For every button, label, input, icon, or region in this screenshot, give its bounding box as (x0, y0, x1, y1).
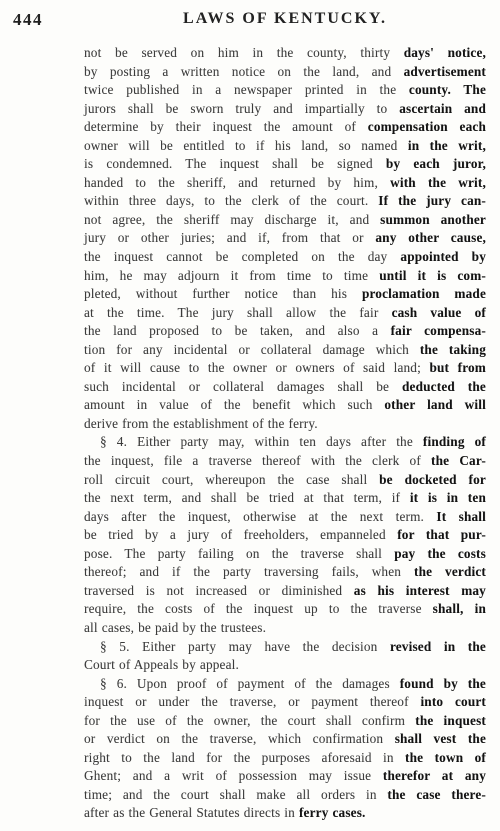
line-text: be tried by a jury of freeholders, empan… (84, 527, 397, 542)
text-line: right to the land for the purposes afore… (84, 749, 486, 768)
line-text: or verdict on the traverse, which confir… (84, 731, 395, 746)
line-text: such incidental or collateral damages sh… (84, 379, 402, 394)
line-text: derive from the establishment of the fer… (84, 416, 318, 431)
text-line: § 4. Either party may, within ten days a… (84, 433, 486, 452)
book-page: 444 LAWS OF KENTUCKY. not be served on h… (0, 0, 500, 831)
text-line: determine by their inquest the amount of… (84, 118, 486, 137)
line-text: § 6. Upon proof of payment of the damage… (100, 676, 400, 691)
text-line: traversed is not increased or diminished… (84, 582, 486, 601)
line-text-bold: as his interest may (354, 583, 486, 598)
line-text: the inquest, file a traverse thereof wit… (84, 453, 431, 468)
line-text-bold: for that pur- (397, 527, 486, 542)
line-text-bold: the case there- (387, 787, 486, 802)
line-text: jurors shall be sworn truly and impartia… (84, 101, 399, 116)
text-line: tion for any incidental or collateral da… (84, 341, 486, 360)
line-text-bold: the town of (405, 750, 486, 765)
line-text-bold: appointed by (400, 249, 486, 264)
line-text: § 4. Either party may, within ten days a… (100, 434, 423, 449)
line-text-bold: ascertain and (399, 101, 486, 116)
line-text: jury or other juries; and if, from that … (84, 230, 375, 245)
text-line: not agree, the sheriff may discharge it,… (84, 211, 486, 230)
line-text: at the time. The jury shall allow the fa… (84, 305, 392, 320)
text-line: not be served on him in the county, thir… (84, 44, 486, 63)
line-text-bold: compensation each (368, 119, 486, 134)
line-text-bold: it is in ten (410, 490, 486, 505)
line-text: Court of Appeals by appeal. (84, 657, 239, 672)
line-text: twice published in a newspaper printed i… (84, 82, 409, 97)
line-text-bold: fair compensa- (391, 323, 486, 338)
text-line: by posting a written notice on the land,… (84, 63, 486, 82)
line-text-bold: advertisement (404, 64, 486, 79)
line-text: tion for any incidental or collateral da… (84, 342, 420, 357)
line-text-bold: other land will (384, 397, 486, 412)
line-text: not agree, the sheriff may discharge it,… (84, 212, 380, 227)
line-text: the land proposed to be taken, and also … (84, 323, 391, 338)
line-text: is condemned. The inquest shall be signe… (84, 156, 386, 171)
text-line: pose. The party failing on the traverse … (84, 545, 486, 564)
line-text: for the use of the owner, the court shal… (84, 713, 415, 728)
line-text: all cases, be paid by the trustees. (84, 620, 266, 635)
line-text: owner will be entitled to if his land, s… (84, 138, 408, 153)
line-text: after as the General Statutes directs in (84, 805, 299, 820)
line-text-bold: county. The (409, 82, 486, 97)
line-text-bold: by each juror, (386, 156, 486, 171)
line-text-bold: deducted the (402, 379, 486, 394)
text-line: owner will be entitled to if his land, s… (84, 137, 486, 156)
line-text-bold: If the jury can- (378, 193, 486, 208)
line-text: amount in value of the benefit which suc… (84, 397, 384, 412)
running-title: LAWS OF KENTUCKY. (84, 10, 486, 28)
line-text-bold: the verdict (414, 564, 486, 579)
text-line: be tried by a jury of freeholders, empan… (84, 526, 486, 545)
line-text-bold: in the writ, (408, 138, 486, 153)
page-number: 444 (13, 10, 43, 30)
text-line: time; and the court shall make all order… (84, 786, 486, 805)
text-line: handed to the sheriff, and returned by h… (84, 174, 486, 193)
text-line: him, he may adjourn it from time to time… (84, 267, 486, 286)
line-text-bold: days' notice, (404, 45, 486, 60)
text-line: is condemned. The inquest shall be signe… (84, 155, 486, 174)
line-text: days after the inquest, otherwise at the… (84, 509, 436, 524)
line-text: determine by their inquest the amount of (84, 119, 368, 134)
text-line: Ghent; and a writ of possession may issu… (84, 767, 486, 786)
text-line: thereof; and if the party traversing fai… (84, 563, 486, 582)
line-text-bold: but from (429, 360, 486, 375)
line-text-bold: the taking (420, 342, 486, 357)
line-text-bold: therefor at any (383, 768, 486, 783)
line-text-bold: proclamation made (362, 286, 486, 301)
text-line: require, the costs of the inquest up to … (84, 600, 486, 619)
line-text-bold: cash value of (392, 305, 486, 320)
line-text: of it will cause to the owner or owners … (84, 360, 429, 375)
text-line: or verdict on the traverse, which confir… (84, 730, 486, 749)
line-text: thereof; and if the party traversing fai… (84, 564, 414, 579)
line-text: require, the costs of the inquest up to … (84, 601, 433, 616)
text-line: the land proposed to be taken, and also … (84, 322, 486, 341)
line-text: time; and the court shall make all order… (84, 787, 387, 802)
text-line: of it will cause to the owner or owners … (84, 359, 486, 378)
text-line: pleted, without further notice than his … (84, 285, 486, 304)
text-line: for the use of the owner, the court shal… (84, 712, 486, 731)
line-text: right to the land for the purposes afore… (84, 750, 405, 765)
line-text: § 5. Either party may have the decision (100, 639, 390, 654)
line-text: traversed is not increased or diminished (84, 583, 354, 598)
text-line: amount in value of the benefit which suc… (84, 396, 486, 415)
line-text-bold: shall vest the (395, 731, 486, 746)
line-text-bold: until it is com- (379, 268, 486, 283)
line-text: inquest or under the traverse, or paymen… (84, 694, 420, 709)
line-text-bold: the Car- (431, 453, 486, 468)
line-text-bold: with the writ, (390, 175, 486, 190)
text-line: Court of Appeals by appeal. (84, 656, 486, 675)
line-text: pose. The party failing on the traverse … (84, 546, 394, 561)
text-line: such incidental or collateral damages sh… (84, 378, 486, 397)
line-text-bold: finding of (423, 434, 486, 449)
line-text: pleted, without further notice than his (84, 286, 362, 301)
line-text: by posting a written notice on the land,… (84, 64, 404, 79)
line-text: Ghent; and a writ of possession may issu… (84, 768, 383, 783)
text-line: roll circuit court, whereupon the case s… (84, 471, 486, 490)
line-text-bold: It shall (436, 509, 486, 524)
line-text-bold: shall, in (433, 601, 486, 616)
text-line: within three days, to the clerk of the c… (84, 192, 486, 211)
line-text: handed to the sheriff, and returned by h… (84, 175, 390, 190)
text-line: all cases, be paid by the trustees. (84, 619, 486, 638)
line-text-bold: ferry cases. (299, 805, 366, 820)
text-line: days after the inquest, otherwise at the… (84, 508, 486, 527)
line-text-bold: the inquest (415, 713, 486, 728)
line-text: the inquest cannot be completed on the d… (84, 249, 400, 264)
line-text-bold: found by the (400, 676, 486, 691)
text-line: after as the General Statutes directs in… (84, 804, 486, 823)
line-text-bold: be docketed for (379, 472, 486, 487)
text-line: jury or other juries; and if, from that … (84, 229, 486, 248)
line-text: the next term, and shall be tried at tha… (84, 490, 410, 505)
text-line: the next term, and shall be tried at tha… (84, 489, 486, 508)
line-text: not be served on him in the county, thir… (84, 45, 404, 60)
text-line: § 6. Upon proof of payment of the damage… (84, 675, 486, 694)
text-line: the inquest cannot be completed on the d… (84, 248, 486, 267)
text-line: at the time. The jury shall allow the fa… (84, 304, 486, 323)
text-line: § 5. Either party may have the decision … (84, 638, 486, 657)
text-column: not be served on him in the county, thir… (84, 44, 486, 823)
text-line: the inquest, file a traverse thereof wit… (84, 452, 486, 471)
text-line: inquest or under the traverse, or paymen… (84, 693, 486, 712)
text-line: twice published in a newspaper printed i… (84, 81, 486, 100)
line-text-bold: any other cause, (375, 230, 486, 245)
line-text-bold: summon another (380, 212, 486, 227)
line-text-bold: pay the costs (394, 546, 486, 561)
line-text: within three days, to the clerk of the c… (84, 193, 378, 208)
text-line: derive from the establishment of the fer… (84, 415, 486, 434)
line-text: roll circuit court, whereupon the case s… (84, 472, 379, 487)
text-line: jurors shall be sworn truly and impartia… (84, 100, 486, 119)
line-text: him, he may adjourn it from time to time (84, 268, 379, 283)
line-text-bold: into court (420, 694, 486, 709)
line-text-bold: revised in the (390, 639, 486, 654)
